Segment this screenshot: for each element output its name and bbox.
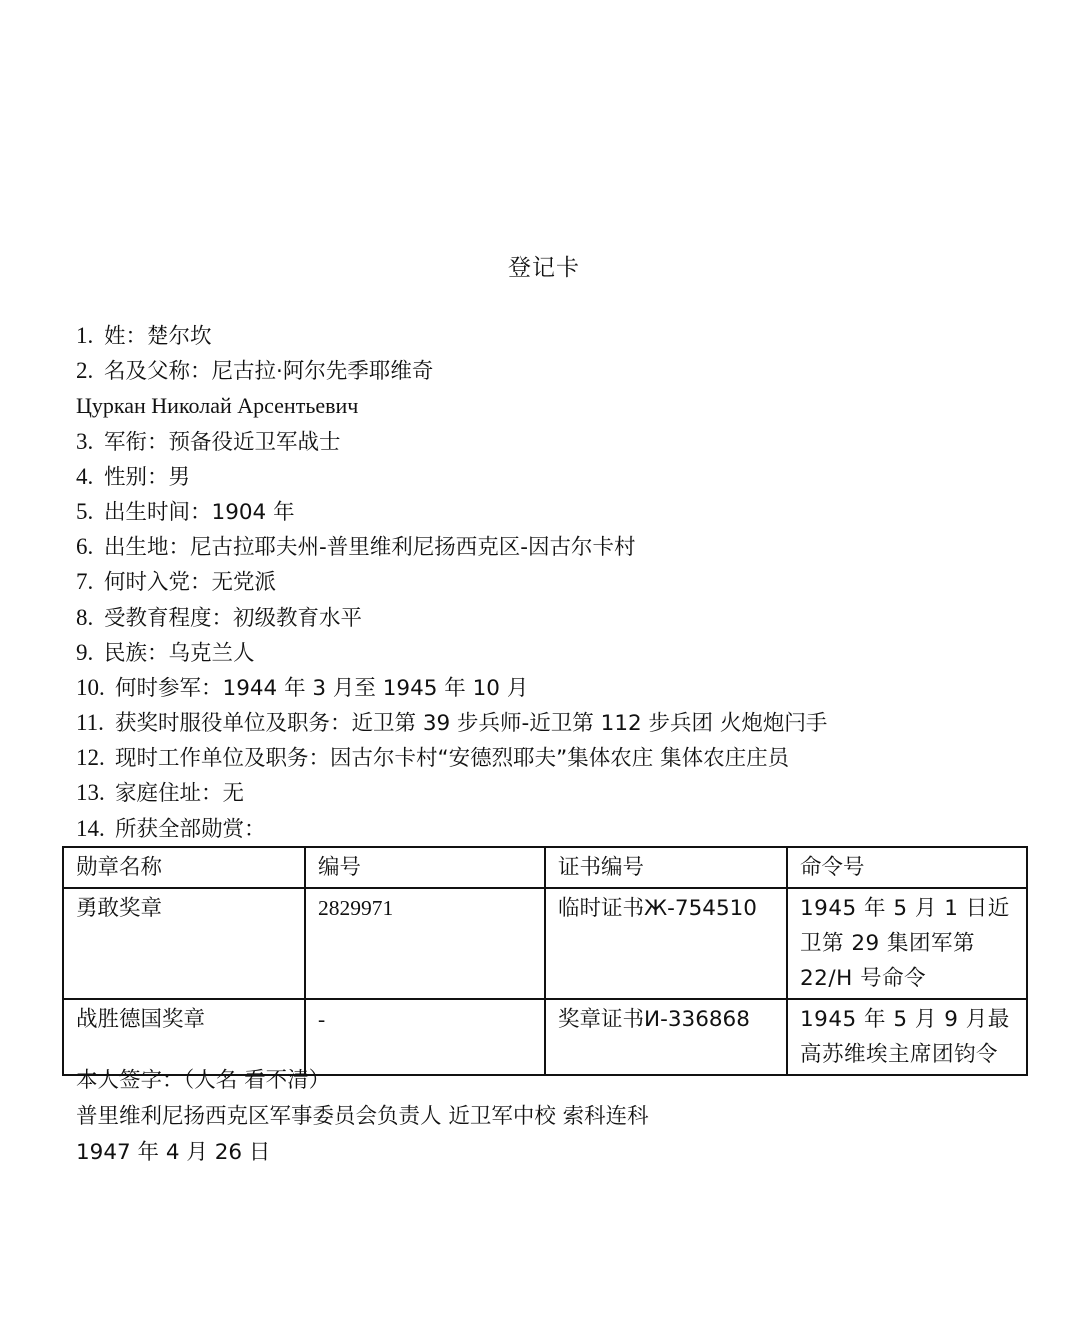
date-line: 1947 年 4 月 26 日 xyxy=(76,1135,649,1171)
field-number: 6. xyxy=(76,529,104,564)
field-birth-year: 5.出生时间：1904 年 xyxy=(76,494,827,529)
field-label: 名及父称： xyxy=(104,359,212,384)
field-value: 男 xyxy=(169,465,191,490)
field-value: 1904 年 xyxy=(212,500,295,525)
field-label: 现时工作单位及职务： xyxy=(115,746,330,771)
signature-block: 本人签字：（人名 看不清） 普里维利尼扬西克区军事委员会负责人 近卫军中校 索科… xyxy=(76,1063,649,1171)
field-value: 近卫第 39 步兵师-近卫第 112 步兵团 火炮炮闩手 xyxy=(352,711,828,736)
cell-order-number: 1945 年 5 月 1 日近卫第 29 集团军第 22/H 号命令 xyxy=(787,888,1027,999)
field-current-work: 12.现时工作单位及职务：因古尔卡村“安德烈耶夫”集体农庄 集体农庄庄员 xyxy=(76,740,827,775)
field-number: 3. xyxy=(76,424,104,459)
field-value: 1944 年 3 月至 1945 年 10 月 xyxy=(223,676,529,701)
cell-certificate-number: 临时证书Ж-754510 xyxy=(545,888,787,999)
cell-order-number: 1945 年 5 月 9 月最高苏维埃主席团钧令 xyxy=(787,999,1027,1075)
field-home-address: 13.家庭住址：无 xyxy=(76,775,827,810)
field-number: 11. xyxy=(76,705,115,740)
field-label: 何时参军： xyxy=(115,676,223,701)
field-unit-at-award: 11.获奖时服役单位及职务：近卫第 39 步兵师-近卫第 112 步兵团 火炮炮… xyxy=(76,705,827,740)
awards-table: 勋章名称 编号 证书编号 命令号 勇敢奖章 2829971 临时证书Ж-7545… xyxy=(62,846,1028,1076)
field-label: 民族： xyxy=(104,641,169,666)
field-surname: 1.姓：楚尔坎 xyxy=(76,318,827,353)
field-label: 出生时间： xyxy=(104,500,212,525)
signature-line: 本人签字：（人名 看不清） xyxy=(76,1063,649,1099)
field-number: 7. xyxy=(76,564,104,599)
field-label: 所获全部勋赏： xyxy=(115,817,266,842)
field-number: 2. xyxy=(76,353,104,388)
field-value: 因古尔卡村“安德烈耶夫”集体农庄 集体农庄庄员 xyxy=(330,746,789,771)
field-number: 4. xyxy=(76,459,104,494)
field-value: 乌克兰人 xyxy=(169,641,255,666)
field-value: 楚尔坎 xyxy=(147,324,212,349)
field-label: 出生地： xyxy=(104,535,190,560)
official-line: 普里维利尼扬西克区军事委员会负责人 近卫军中校 索科连科 xyxy=(76,1099,649,1135)
field-label: 性别： xyxy=(104,465,169,490)
field-value: 尼古拉·阿尔先季耶维奇 xyxy=(212,359,434,384)
field-party: 7.何时入党：无党派 xyxy=(76,564,827,599)
table-header-row: 勋章名称 编号 证书编号 命令号 xyxy=(63,847,1027,888)
field-all-awards: 14.所获全部勋赏： xyxy=(76,811,827,846)
field-number: 8. xyxy=(76,600,104,635)
field-value: 尼古拉耶夫州-普里维利尼扬西克区-因古尔卡村 xyxy=(190,535,636,560)
field-education: 8.受教育程度：初级教育水平 xyxy=(76,600,827,635)
page-title: 登记卡 xyxy=(0,249,1080,282)
field-value: 无 xyxy=(223,781,245,806)
registration-fields: 1.姓：楚尔坎 2.名及父称：尼古拉·阿尔先季耶维奇 Цуркан Никола… xyxy=(76,318,827,846)
field-ethnicity: 9.民族：乌克兰人 xyxy=(76,635,827,670)
header-medal-name: 勋章名称 xyxy=(63,847,305,888)
field-value: 预备役近卫军战士 xyxy=(169,430,341,455)
cell-number: 2829971 xyxy=(305,888,545,999)
field-number: 13. xyxy=(76,775,115,810)
field-number: 9. xyxy=(76,635,104,670)
field-label: 获奖时服役单位及职务： xyxy=(115,711,352,736)
header-order-number: 命令号 xyxy=(787,847,1027,888)
field-number: 14. xyxy=(76,811,115,846)
field-number: 5. xyxy=(76,494,104,529)
field-label: 受教育程度： xyxy=(104,606,233,631)
cell-medal-name: 勇敢奖章 xyxy=(63,888,305,999)
field-number: 1. xyxy=(76,318,104,353)
field-value: 无党派 xyxy=(212,570,277,595)
field-label: 姓： xyxy=(104,324,147,349)
header-number: 编号 xyxy=(305,847,545,888)
field-value: 初级教育水平 xyxy=(233,606,362,631)
field-name-patronymic: 2.名及父称：尼古拉·阿尔先季耶维奇 xyxy=(76,353,827,388)
field-service-period: 10.何时参军：1944 年 3 月至 1945 年 10 月 xyxy=(76,670,827,705)
field-birthplace: 6.出生地：尼古拉耶夫州-普里维利尼扬西克区-因古尔卡村 xyxy=(76,529,827,564)
field-gender: 4.性别：男 xyxy=(76,459,827,494)
field-label: 何时入党： xyxy=(104,570,212,595)
field-russian-name: Цуркан Николай Арсентьевич xyxy=(76,388,827,423)
field-number: 12. xyxy=(76,740,115,775)
field-label: 家庭住址： xyxy=(115,781,223,806)
field-rank: 3.军衔：预备役近卫军战士 xyxy=(76,424,827,459)
table-row: 勇敢奖章 2829971 临时证书Ж-754510 1945 年 5 月 1 日… xyxy=(63,888,1027,999)
field-label: 军衔： xyxy=(104,430,169,455)
header-certificate-number: 证书编号 xyxy=(545,847,787,888)
field-value: Цуркан Николай Арсентьевич xyxy=(76,393,358,418)
field-number: 10. xyxy=(76,670,115,705)
